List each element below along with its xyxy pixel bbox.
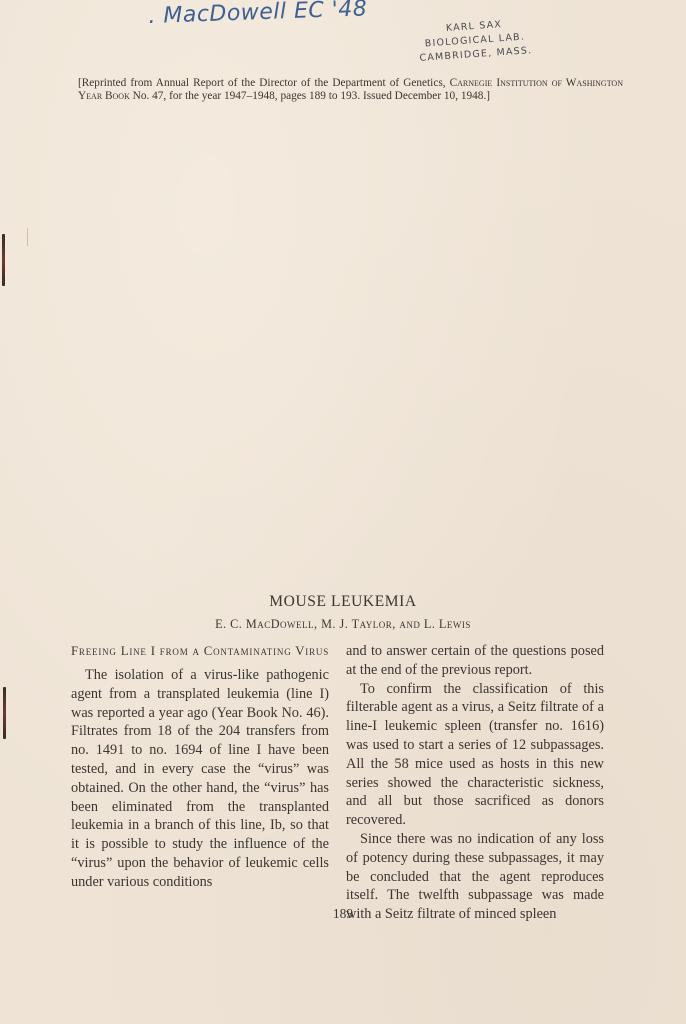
faint-pencil-mark	[27, 228, 28, 246]
staple-mark-top	[2, 234, 5, 286]
section-heading: Freeing Line I from a Contaminating Viru…	[71, 642, 329, 660]
article-authors: E. C. MacDowell, M. J. Taylor, and L. Le…	[0, 617, 686, 632]
left-column: Freeing Line I from a Contaminating Viru…	[71, 642, 329, 892]
right-column: and to answer certain of the questions p…	[346, 642, 604, 924]
body-paragraph: The isolation of a virus-like pathogenic…	[71, 666, 329, 892]
staple-mark-bottom	[3, 687, 6, 739]
library-stamp: KARL SAX BIOLOGICAL LAB. CAMBRIDGE, MASS…	[404, 15, 547, 67]
handwritten-note: . MacDowell EC '48	[148, 0, 368, 29]
page-number: 189	[0, 906, 686, 922]
body-paragraph: To confirm the classification of this fi…	[346, 680, 604, 830]
body-paragraph-continuation: and to answer certain of the questions p…	[346, 642, 604, 680]
reprint-notice-part1: [Reprinted from Annual Report of the Dir…	[78, 77, 450, 89]
reprint-notice: [Reprinted from Annual Report of the Dir…	[78, 77, 623, 103]
reprint-notice-part2: No. 47, for the year 1947–1948, pages 18…	[130, 90, 490, 102]
article-title: MOUSE LEUKEMIA	[0, 593, 686, 611]
